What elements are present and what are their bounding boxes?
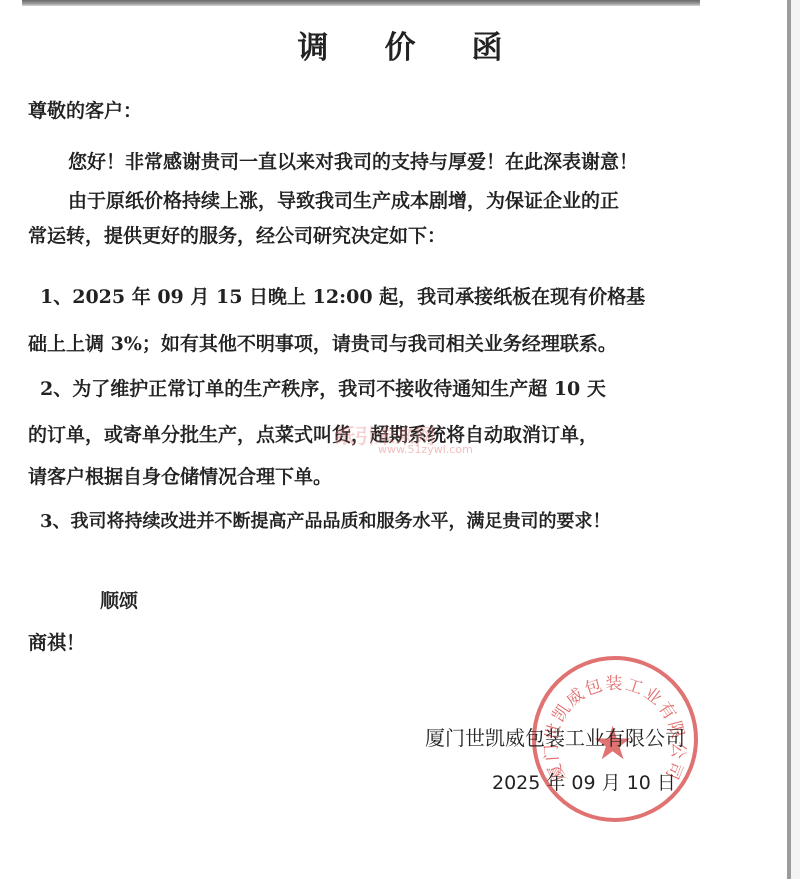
reason-paragraph-line-1: 由于原纸价格持续上涨，导致我司生产成本剧增，为保证企业的正 bbox=[68, 186, 619, 213]
viewer-background bbox=[791, 0, 800, 879]
signature-date: 2025 年 09 月 10 日 bbox=[492, 768, 676, 795]
item-2-line-1: 2、为了维护正常订单的生产秩序，我司不接收待通知生产超 10 天 bbox=[40, 374, 606, 401]
page-right-edge bbox=[787, 0, 791, 879]
watermark-url: www.51zywl.com bbox=[378, 443, 473, 456]
salutation: 尊敬的客户： bbox=[28, 96, 142, 123]
closing-line-1: 顺颂 bbox=[100, 586, 138, 613]
item-2-line-3: 请客户根据自身仓储情况合理下单。 bbox=[28, 462, 332, 489]
closing-line-2: 商祺！ bbox=[28, 628, 85, 655]
item-1-line-1: 1、2025 年 09 月 15 日晚上 12:00 起，我司承接纸板在现有价格… bbox=[40, 282, 645, 309]
document-title: 调价函 bbox=[0, 22, 800, 67]
reason-paragraph-line-2: 常运转，提供更好的服务，经公司研究决定如下： bbox=[28, 221, 446, 248]
item-3-line-1: 3、我司将持续改进并不断提高产品品质和服务水平，满足贵司的要求！ bbox=[40, 507, 611, 533]
item-2-line-2: 的订单，或寄单分批生产，点菜式叫货，超期系统将自动取消订单， bbox=[28, 420, 598, 447]
page-top-edge bbox=[22, 0, 700, 6]
greeting-paragraph: 您好！非常感谢贵司一直以来对我司的支持与厚爱！在此深表谢意！ bbox=[68, 147, 638, 174]
signature-company: 厦门世凯威包装工业有限公司 bbox=[425, 722, 685, 751]
item-1-line-2: 础上上调 3%；如有其他不明事项，请贵司与我司相关业务经理联系。 bbox=[28, 329, 617, 356]
